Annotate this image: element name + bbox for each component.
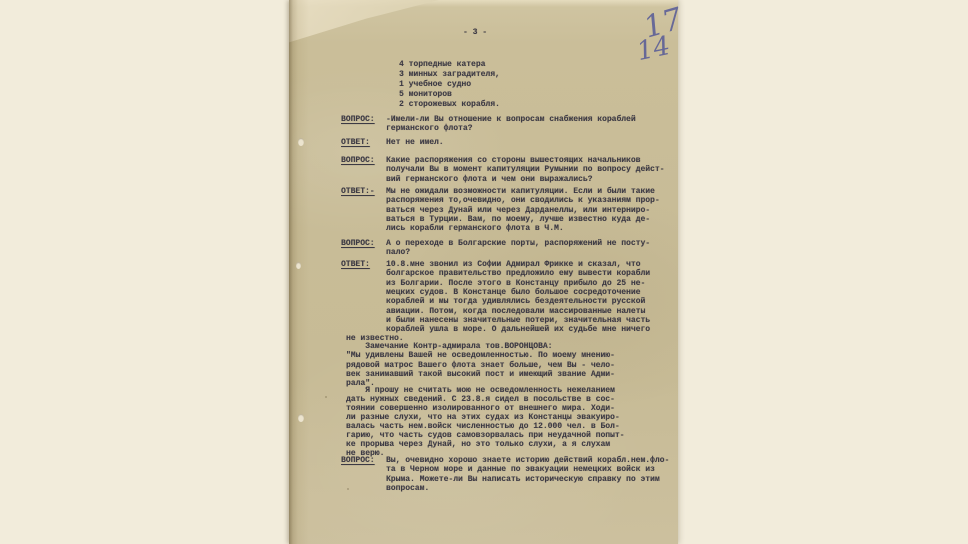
question-label: ВОПРОС:	[341, 156, 375, 165]
question-label: ВОПРОС:	[341, 115, 375, 124]
question-text: Какие распоряжения со стороны вышестоящи…	[386, 156, 678, 184]
question-text: Вы, очевидно хорошо знаете историю дейст…	[386, 456, 678, 493]
admiral-voroncov-remark: Замечание Контр-адмирала тов.ВОРОНЦОВА: …	[346, 342, 670, 389]
question-1: ВОПРОС: -Имели-ли Вы отношение к вопроса…	[341, 115, 671, 134]
page-left-edge-shadow	[289, 0, 309, 544]
question-label: ВОПРОС:	[341, 456, 375, 465]
answer-3: ОТВЕТ: 10.8.мне звонил из Софии Адмирал …	[341, 260, 671, 335]
question-2: ВОПРОС: Какие распоряжения со стороны вы…	[341, 156, 671, 184]
page-number: - 3 -	[463, 28, 487, 37]
answer-label: ОТВЕТ:	[341, 260, 370, 269]
answer-text: Мы не ожидали возможности капитуляции. Е…	[386, 187, 678, 234]
question-text: А о переходе в Болгарские порты, распоря…	[386, 239, 678, 258]
answer-label: ОТВЕТ:	[341, 138, 370, 147]
answer-text: 10.8.мне звонил из Софии Адмирал Фрикке …	[386, 260, 678, 335]
interrogee-statement: Я прошу не считать мою не осведомленност…	[346, 386, 670, 458]
answer-2: ОТВЕТ:- Мы не ожидали возможности капиту…	[341, 187, 671, 234]
answer-text: Нет не имел.	[386, 138, 678, 147]
question-4: ВОПРОС: Вы, очевидно хорошо знаете истор…	[341, 456, 671, 493]
punch-hole-middle	[296, 262, 301, 269]
question-label: ВОПРОС:	[341, 239, 375, 248]
scanned-document-screenshot: { "document": { "page_number": "- 3 -", …	[0, 0, 968, 544]
answer-1: ОТВЕТ: Нет не имел.	[341, 138, 671, 147]
question-text: -Имели-ли Вы отношение к вопросам снабже…	[386, 115, 678, 134]
punch-hole-bottom	[298, 414, 304, 422]
ship-count-list: 4 торпедные катера 3 минных заградителя,…	[399, 60, 500, 110]
answer-label: ОТВЕТ:-	[341, 187, 375, 196]
paper-speck	[325, 396, 327, 398]
punch-hole-top	[298, 138, 304, 146]
question-3: ВОПРОС: А о переходе в Болгарские порты,…	[341, 239, 671, 258]
